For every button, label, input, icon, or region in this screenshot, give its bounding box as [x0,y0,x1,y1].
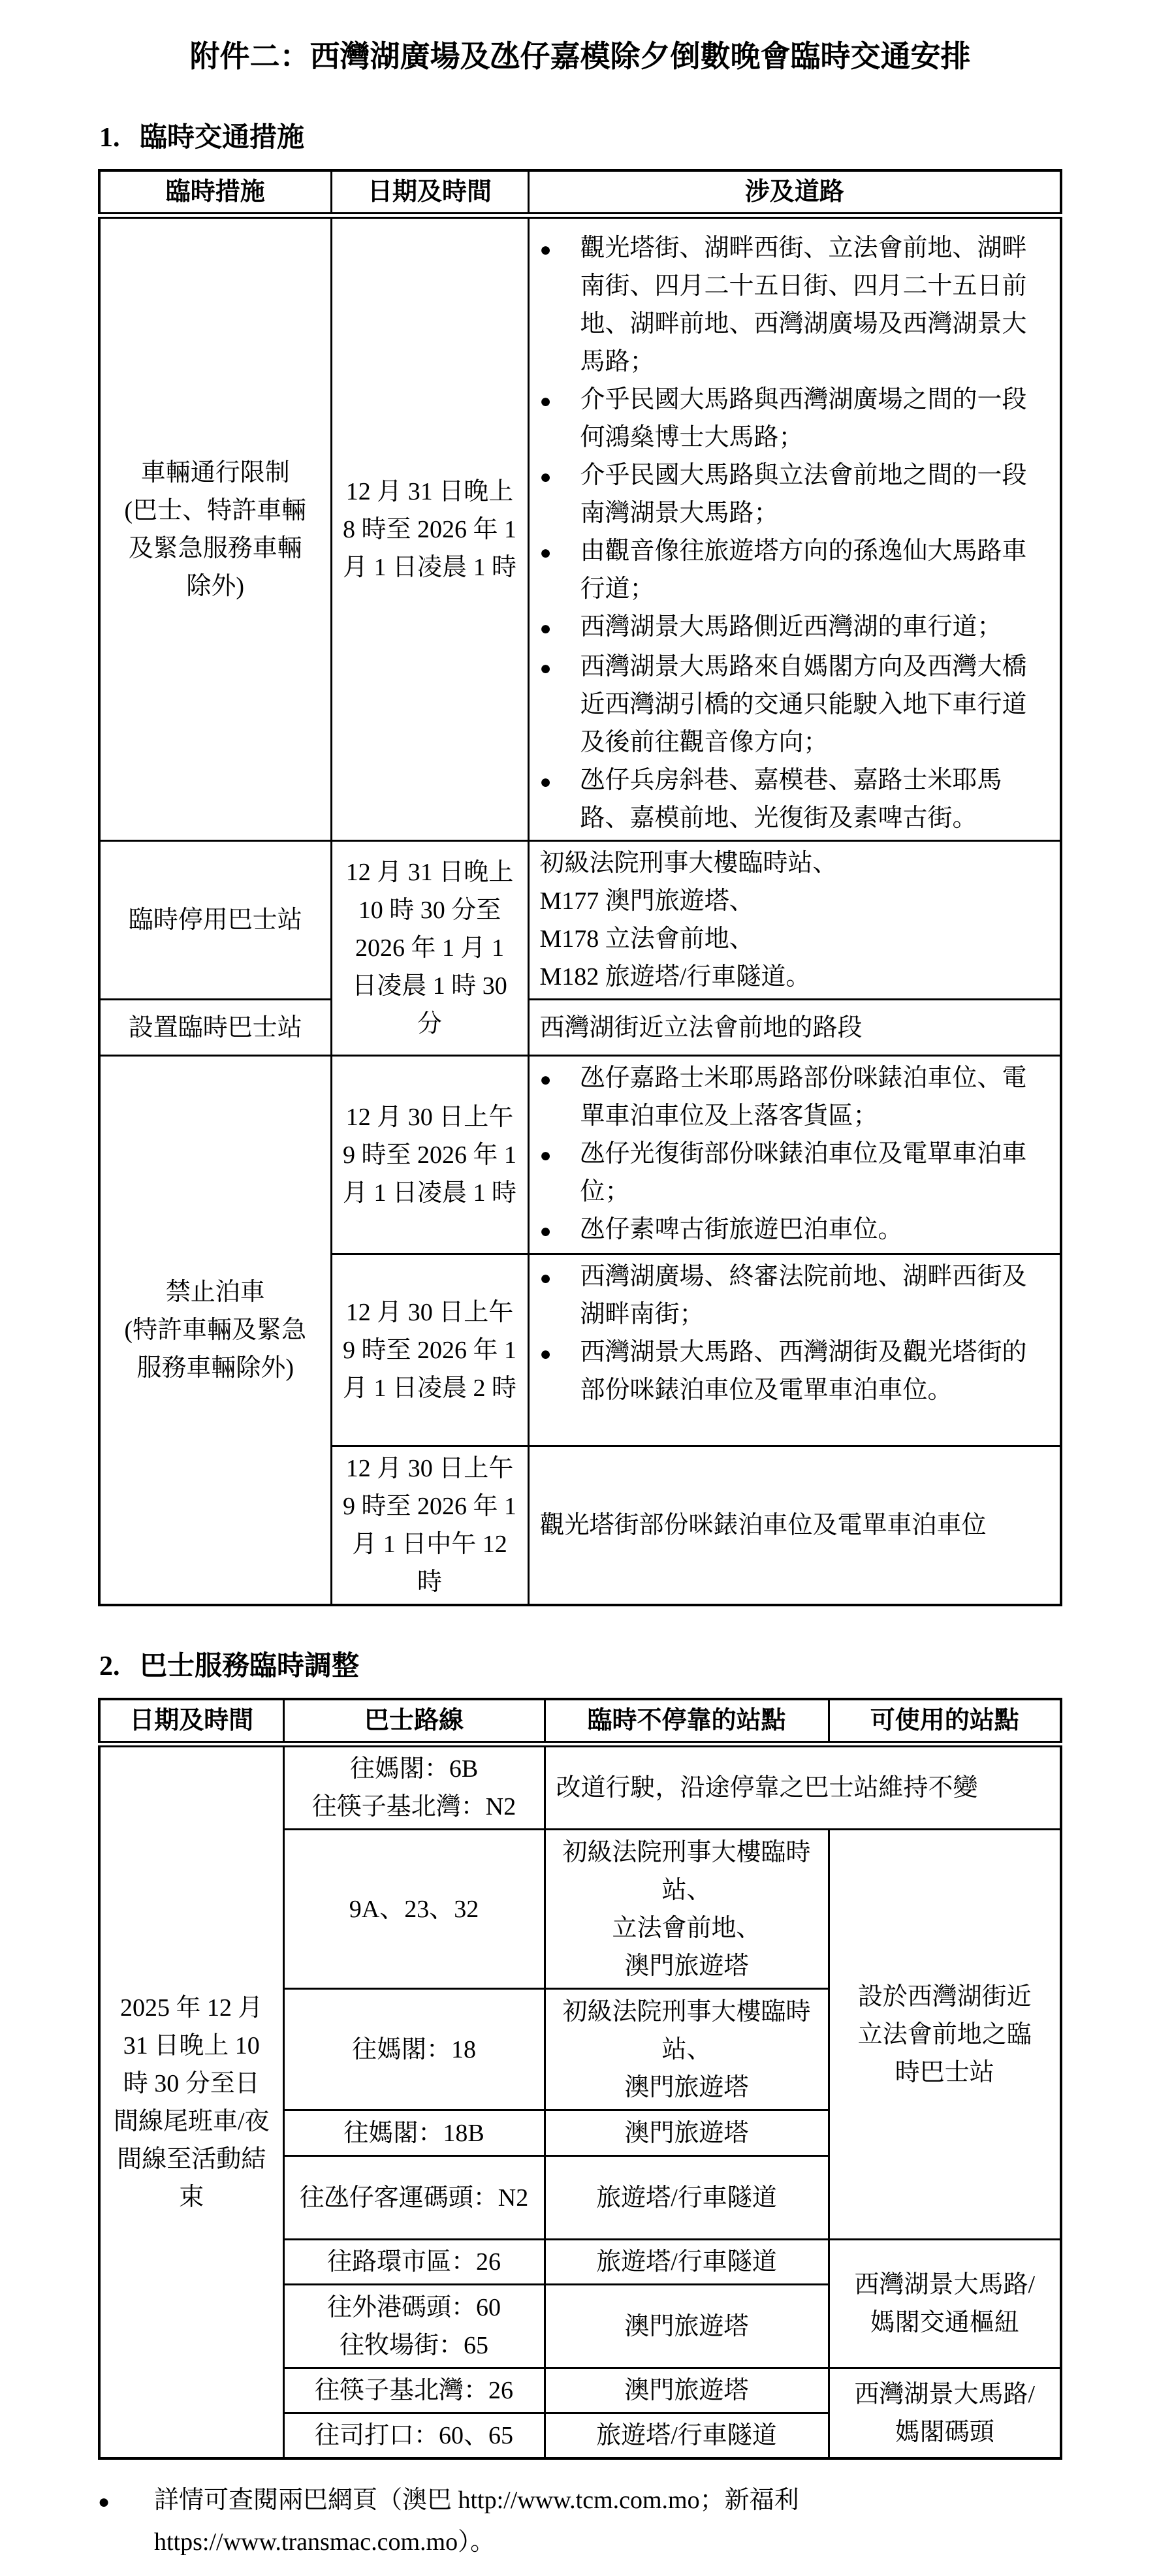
list-item: 西灣湖景大馬路來自媽閣方向及西灣大橋近西灣湖引橋的交通只能駛入地下車行道及後前往… [540,648,1050,761]
routes-cell: 往媽閣：18B [283,2110,545,2156]
column-header-usable-stops: 可使用的站點 [829,1699,1061,1744]
table-row: 車輛通行限制 (巴士、特許車輛 及緊急服務車輛 除外) 12 月 31 日晚上 … [99,215,1061,841]
measure-line: (巴士、特許車輛 [111,492,320,530]
bullet-icon [540,608,580,648]
section-2-title: 巴士服務臨時調整 [140,1648,359,1685]
bullet-icon [540,1258,580,1297]
measure-cell-suspended-stops: 臨時停用巴士站 [99,841,331,1000]
usable-line: 西灣湖景大馬路/ [840,2266,1050,2304]
stop-line: 初級法院刑事大樓臨時站、 [556,1834,817,1909]
table-row: 禁止泊車 (特許車輛及緊急 服務車輛除外) 12 月 30 日上午 9 時至 2… [99,1056,1061,1254]
bullet-icon [540,532,580,572]
list-item: 由觀音像往旅遊塔方向的孫逸仙大馬路車行道； [540,532,1050,608]
table-row: 2025 年 12 月 31 日晚上 10 時 30 分至日間線尾班車/夜間線至… [99,1744,1061,1830]
datetime-cell: 12 月 31 日晚上 8 時至 2026 年 1 月 1 日凌晨 1 時 [331,215,528,841]
usable-line: 媽閣碼頭 [840,2413,1050,2451]
stop-line: 澳門旅遊塔 [556,2069,817,2107]
skipped-stops-cell: 初級法院刑事大樓臨時站、 立法會前地、 澳門旅遊塔 [545,1830,829,1989]
column-header-skipped-stops: 臨時不停靠的站點 [545,1699,829,1744]
column-header-datetime: 日期及時間 [331,170,528,215]
footer-note: 詳情可查閱兩巴網頁（澳巴 http://www.tcm.com.mo；新福利 h… [98,2479,1062,2563]
table-header-row: 臨時措施 日期及時間 涉及道路 [99,170,1061,215]
usable-line: 時巴士站 [840,2054,1050,2091]
bullet-icon [540,1135,580,1175]
skipped-stops-cell: 旅遊塔/行車隧道 [545,2413,829,2459]
measure-line: 服務車輛除外) [111,1349,320,1387]
measure-line: 除外) [111,567,320,605]
roads-cell: 西灣湖廣場、終審法院前地、湖畔西街及湖畔南街； 西灣湖景大馬路、西灣湖街及觀光塔… [528,1254,1061,1446]
measure-cell-vehicle-restriction: 車輛通行限制 (巴士、特許車輛 及緊急服務車輛 除外) [99,215,331,841]
routes-cell: 往筷子基北灣：26 [283,2368,545,2413]
list-item: 介乎民國大馬路與立法會前地之間的一段南灣湖景大馬路； [540,456,1050,532]
route-line: 往牧場街：65 [295,2327,533,2364]
measure-line: 及緊急服務車輛 [111,530,320,567]
roads-cell: 觀光塔街部份咪錶泊車位及電單車泊車位 [528,1446,1061,1606]
road-cell: 西灣湖街近立法會前地的路段 [528,1000,1061,1056]
stop-line: 澳門旅遊塔 [556,1947,817,1985]
measure-cell-no-parking: 禁止泊車 (特許車輛及緊急 服務車輛除外) [99,1056,331,1606]
list-item: 西灣湖廣場、終審法院前地、湖畔西街及湖畔南街； [540,1258,1050,1333]
usable-stops-cell: 設於西灣湖街近 立法會前地之臨 時巴士站 [829,1830,1061,2240]
stop-line: 立法會前地、 [556,1909,817,1947]
routes-cell: 往司打口：60、65 [283,2413,545,2459]
document-page: 附件二：西灣湖廣場及氹仔嘉模除夕倒數晚會臨時交通安排 1. 臨時交通措施 臨時措… [0,0,1157,2563]
skipped-stops-cell: 初級法院刑事大樓臨時站、 澳門旅遊塔 [545,1989,829,2110]
skipped-stops-cell: 澳門旅遊塔 [545,2368,829,2413]
datetime-cell: 12 月 31 日晚上 10 時 30 分至 2026 年 1 月 1 日凌晨 … [331,841,528,1056]
skipped-stops-cell: 澳門旅遊塔 [545,2285,829,2368]
list-item: 氹仔嘉路士米耶馬路部份咪錶泊車位、電單車泊車位及上落客貨區； [540,1059,1050,1135]
usable-stops-cell: 西灣湖景大馬路/ 媽閣交通樞紐 [829,2240,1061,2368]
stop-line: M182 旅遊塔/行車隧道。 [540,958,1050,996]
usable-line: 設於西灣湖街近 [840,1978,1050,2016]
routes-cell: 往外港碼頭：60 往牧場街：65 [283,2285,545,2368]
footer-text: 詳情可查閱兩巴網頁（澳巴 http://www.tcm.com.mo；新福利 h… [154,2479,799,2563]
bullet-icon [540,761,580,801]
bullet-icon [540,229,580,269]
list-item: 西灣湖景大馬路、西灣湖街及觀光塔街的部份咪錶泊車位及電單車泊車位。 [540,1333,1050,1409]
section-1-number: 1. [99,119,140,156]
skipped-stops-cell: 澳門旅遊塔 [545,2110,829,2156]
section-1-heading: 1. 臨時交通措施 [99,119,1062,156]
route-line: 往外港碼頭：60 [295,2289,533,2327]
bus-adjustments-table: 日期及時間 巴士路線 臨時不停靠的站點 可使用的站點 2025 年 12 月 3… [98,1698,1062,2460]
column-header-datetime: 日期及時間 [99,1699,283,1744]
table-row: 臨時停用巴士站 12 月 31 日晚上 10 時 30 分至 2026 年 1 … [99,841,1061,1000]
roads-cell: 觀光塔街、湖畔西街、立法會前地、湖畔南街、四月二十五日街、四月二十五日前地、湖畔… [528,215,1061,841]
roads-cell: 氹仔嘉路士米耶馬路部份咪錶泊車位、電單車泊車位及上落客貨區； 氹仔光復街部份咪錶… [528,1056,1061,1254]
bullet-icon [540,381,580,421]
bullet-icon [540,456,580,496]
routes-cell: 往路環市區：26 [283,2240,545,2285]
stops-cell: 初級法院刑事大樓臨時站、 M177 澳門旅遊塔、 M178 立法會前地、 M18… [528,841,1061,1000]
measure-line: 車輛通行限制 [111,454,320,492]
column-header-routes: 巴士路線 [283,1699,545,1744]
footer-line: https://www.transmac.com.mo）。 [154,2521,799,2563]
bullet-icon [98,2479,154,2563]
usable-stops-cell: 西灣湖景大馬路/ 媽閣碼頭 [829,2368,1061,2459]
route-line: 往媽閣：6B [295,1750,533,1788]
list-item: 氹仔光復街部份咪錶泊車位及電單車泊車位； [540,1135,1050,1211]
list-item: 觀光塔街、湖畔西街、立法會前地、湖畔南街、四月二十五日街、四月二十五日前地、湖畔… [540,229,1050,381]
measure-line: 禁止泊車 [111,1273,320,1311]
usable-line: 立法會前地之臨 [840,2016,1050,2054]
datetime-cell: 12 月 30 日上午 9 時至 2026 年 1 月 1 日凌晨 2 時 [331,1254,528,1446]
reroute-note-cell: 改道行駛，沿途停靠之巴士站維持不變 [545,1744,1061,1830]
datetime-cell: 2025 年 12 月 31 日晚上 10 時 30 分至日間線尾班車/夜間線至… [99,1744,283,2458]
stop-line: M177 澳門旅遊塔、 [540,882,1050,920]
measure-cell-temp-stop: 設置臨時巴士站 [99,1000,331,1056]
bullet-icon [540,648,580,688]
datetime-cell: 12 月 30 日上午 9 時至 2026 年 1 月 1 日凌晨 1 時 [331,1056,528,1254]
usable-line: 媽閣交通樞紐 [840,2304,1050,2342]
bullet-icon [540,1059,580,1099]
stop-line: 初級法院刑事大樓臨時站、 [556,1993,817,2069]
routes-cell: 往氹仔客運碼頭：N2 [283,2156,545,2240]
routes-cell: 往媽閣：18 [283,1989,545,2110]
section-1-title: 臨時交通措施 [140,119,304,156]
footer-line: 詳情可查閱兩巴網頁（澳巴 http://www.tcm.com.mo；新福利 [154,2479,799,2521]
route-line: 往筷子基北灣：N2 [295,1788,533,1826]
table-row: 設置臨時巴士站 西灣湖街近立法會前地的路段 [99,1000,1061,1056]
column-header-roads: 涉及道路 [528,170,1061,215]
routes-cell: 9A、23、32 [283,1830,545,1989]
bullet-icon [540,1211,580,1250]
usable-line: 西灣湖景大馬路/ [840,2376,1050,2413]
list-item: 氹仔素啤古街旅遊巴泊車位。 [540,1211,1050,1250]
stop-line: 初級法院刑事大樓臨時站、 [540,844,1050,882]
routes-cell: 往媽閣：6B 往筷子基北灣：N2 [283,1744,545,1830]
table-header-row: 日期及時間 巴士路線 臨時不停靠的站點 可使用的站點 [99,1699,1061,1744]
datetime-cell: 12 月 30 日上午 9 時至 2026 年 1 月 1 日中午 12 時 [331,1446,528,1606]
stop-line: M178 立法會前地、 [540,920,1050,958]
column-header-measure: 臨時措施 [99,170,331,215]
list-item: 介乎民國大馬路與西灣湖廣場之間的一段何鴻燊博士大馬路； [540,381,1050,456]
document-title: 附件二：西灣湖廣場及氹仔嘉模除夕倒數晚會臨時交通安排 [98,36,1062,78]
section-2-heading: 2. 巴士服務臨時調整 [99,1648,1062,1685]
list-item: 氹仔兵房斜巷、嘉模巷、嘉路士米耶馬路、嘉模前地、光復街及素啤古街。 [540,761,1050,837]
section-2-number: 2. [99,1648,140,1685]
list-item: 西灣湖景大馬路側近西灣湖的車行道； [540,608,1050,648]
traffic-measures-table: 臨時措施 日期及時間 涉及道路 車輛通行限制 (巴士、特許車輛 及緊急服務車輛 … [98,169,1062,1606]
skipped-stops-cell: 旅遊塔/行車隧道 [545,2156,829,2240]
bullet-icon [540,1333,580,1373]
measure-line: (特許車輛及緊急 [111,1311,320,1349]
skipped-stops-cell: 旅遊塔/行車隧道 [545,2240,829,2285]
